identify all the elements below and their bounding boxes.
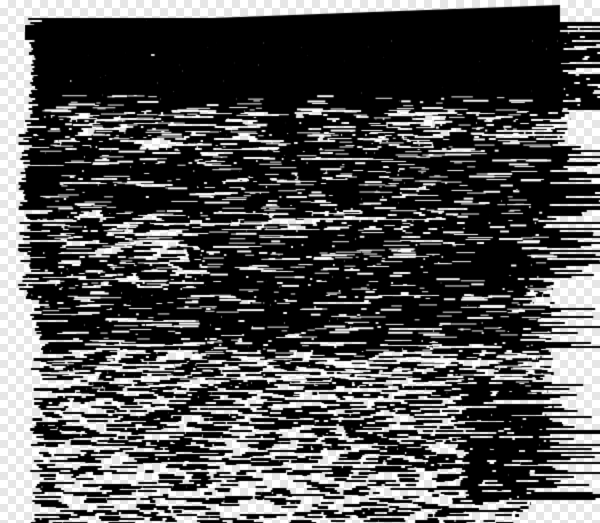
brush-stroke-image — [0, 0, 600, 523]
transparent-background: Black grunge paint brush stroke square o… — [0, 0, 600, 523]
